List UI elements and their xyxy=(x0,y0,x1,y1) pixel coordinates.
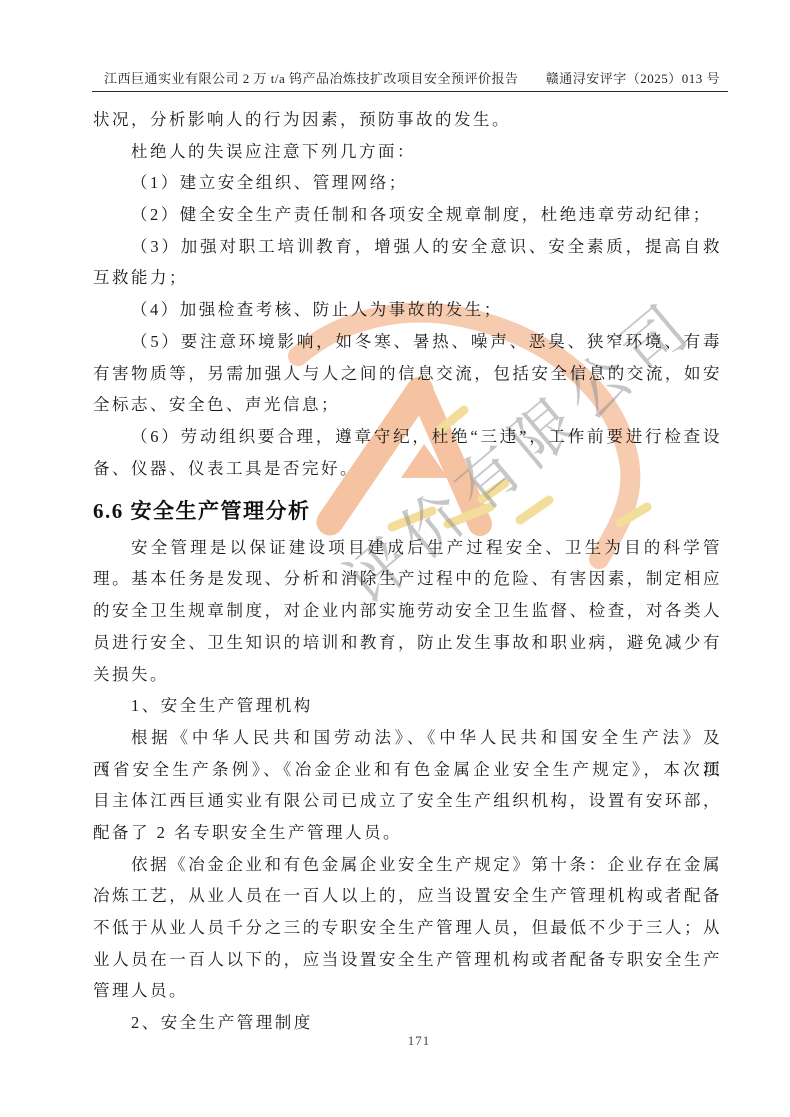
list-item: （2）健全安全生产责任制和各项安全规章制度，杜绝违章劳动纪律； xyxy=(93,199,722,231)
list-item: （6）劳动组织要合理，遵章守纪，杜绝“三违”，工作前要进行检查设 xyxy=(93,421,722,453)
body-line: 管理人员。 xyxy=(93,975,722,1007)
body-line: 业人员在一百人以下的，应当设置安全生产管理机构或者配备专职安全生产 xyxy=(93,944,722,976)
body-line: 目主体江西巨通实业有限公司已成立了安全生产组织机构，设置有安环部， xyxy=(93,785,722,817)
body-line: 互救能力； xyxy=(93,262,722,294)
document-number: 赣通浔安评字（2025）013 号 xyxy=(546,68,728,87)
body-line: 配备了 2 名专职安全生产管理人员。 xyxy=(93,817,722,849)
body-line: 理。基本任务是发现、分析和消除生产过程中的危险、有害因素，制定相应 xyxy=(93,563,722,595)
body-line: 员进行安全、卫生知识的培训和教育，防止发生事故和职业病，避免减少有 xyxy=(93,627,722,659)
list-item: （3）加强对职工培训教育，增强人的安全意识、安全素质，提高自救 xyxy=(93,231,722,263)
body-line: 不低于从业人员千分之三的专职安全生产管理人员，但最低不少于三人；从 xyxy=(93,912,722,944)
body-line: 备、仪器、仪表工具是否完好。 xyxy=(93,453,722,485)
body-line: 关损失。 xyxy=(93,659,722,691)
body-line: 的安全卫生规章制度，对企业内部实施劳动安全卫生监督、检查，对各类人 xyxy=(93,595,722,627)
body-line: 依据《冶金企业和有色金属企业安全生产规定》第十条：企业存在金属 xyxy=(93,849,722,881)
section-heading: 6.6 安全生产管理分析 xyxy=(93,494,722,528)
body-line: 1、安全生产管理机构 xyxy=(93,690,722,722)
body-line: 根据《中华人民共和国劳动法》、《中华人民共和国安全生产法》及《江 xyxy=(93,722,722,754)
body-line: 冶炼工艺，从业人员在一百人以上的，应当设置安全生产管理机构或者配备 xyxy=(93,880,722,912)
body-line: 有害物质等，另需加强人与人之间的信息交流，包括安全信息的交流，如安 xyxy=(93,358,722,390)
body-line: 杜绝人的失误应注意下列几方面： xyxy=(93,136,722,168)
list-item: （5）要注意环境影响，如冬寒、暑热、噪声、恶臭、狭窄环境、有毒 xyxy=(93,326,722,358)
page-body: 状况，分析影响人的行为因素，预防事故的发生。 杜绝人的失误应注意下列几方面： （… xyxy=(93,104,722,1039)
body-line: 全标志、安全色、声光信息； xyxy=(93,389,722,421)
page-header: 江西巨通实业有限公司 2 万 t/a 钨产品冶炼技扩改项目安全预评价报告 赣通浔… xyxy=(92,60,728,92)
body-line: 安全管理是以保证建设项目建成后生产过程安全、卫生为目的科学管 xyxy=(93,532,722,564)
page-number: 171 xyxy=(24,1033,790,1049)
document-page: 评价有限公司 江西巨通实业有限公司 2 万 t/a 钨产品冶炼技扩改项目安全预评… xyxy=(0,0,790,1117)
list-item: （4）加强检查考核、防止人为事故的发生； xyxy=(93,294,722,326)
list-item: （1）建立安全组织、管理网络； xyxy=(93,167,722,199)
body-line: 西省安全生产条例》、《冶金企业和有色金属企业安全生产规定》，本次项 xyxy=(93,754,722,786)
body-line: 状况，分析影响人的行为因素，预防事故的发生。 xyxy=(93,104,722,136)
report-title: 江西巨通实业有限公司 2 万 t/a 钨产品冶炼技扩改项目安全预评价报告 xyxy=(92,68,519,87)
